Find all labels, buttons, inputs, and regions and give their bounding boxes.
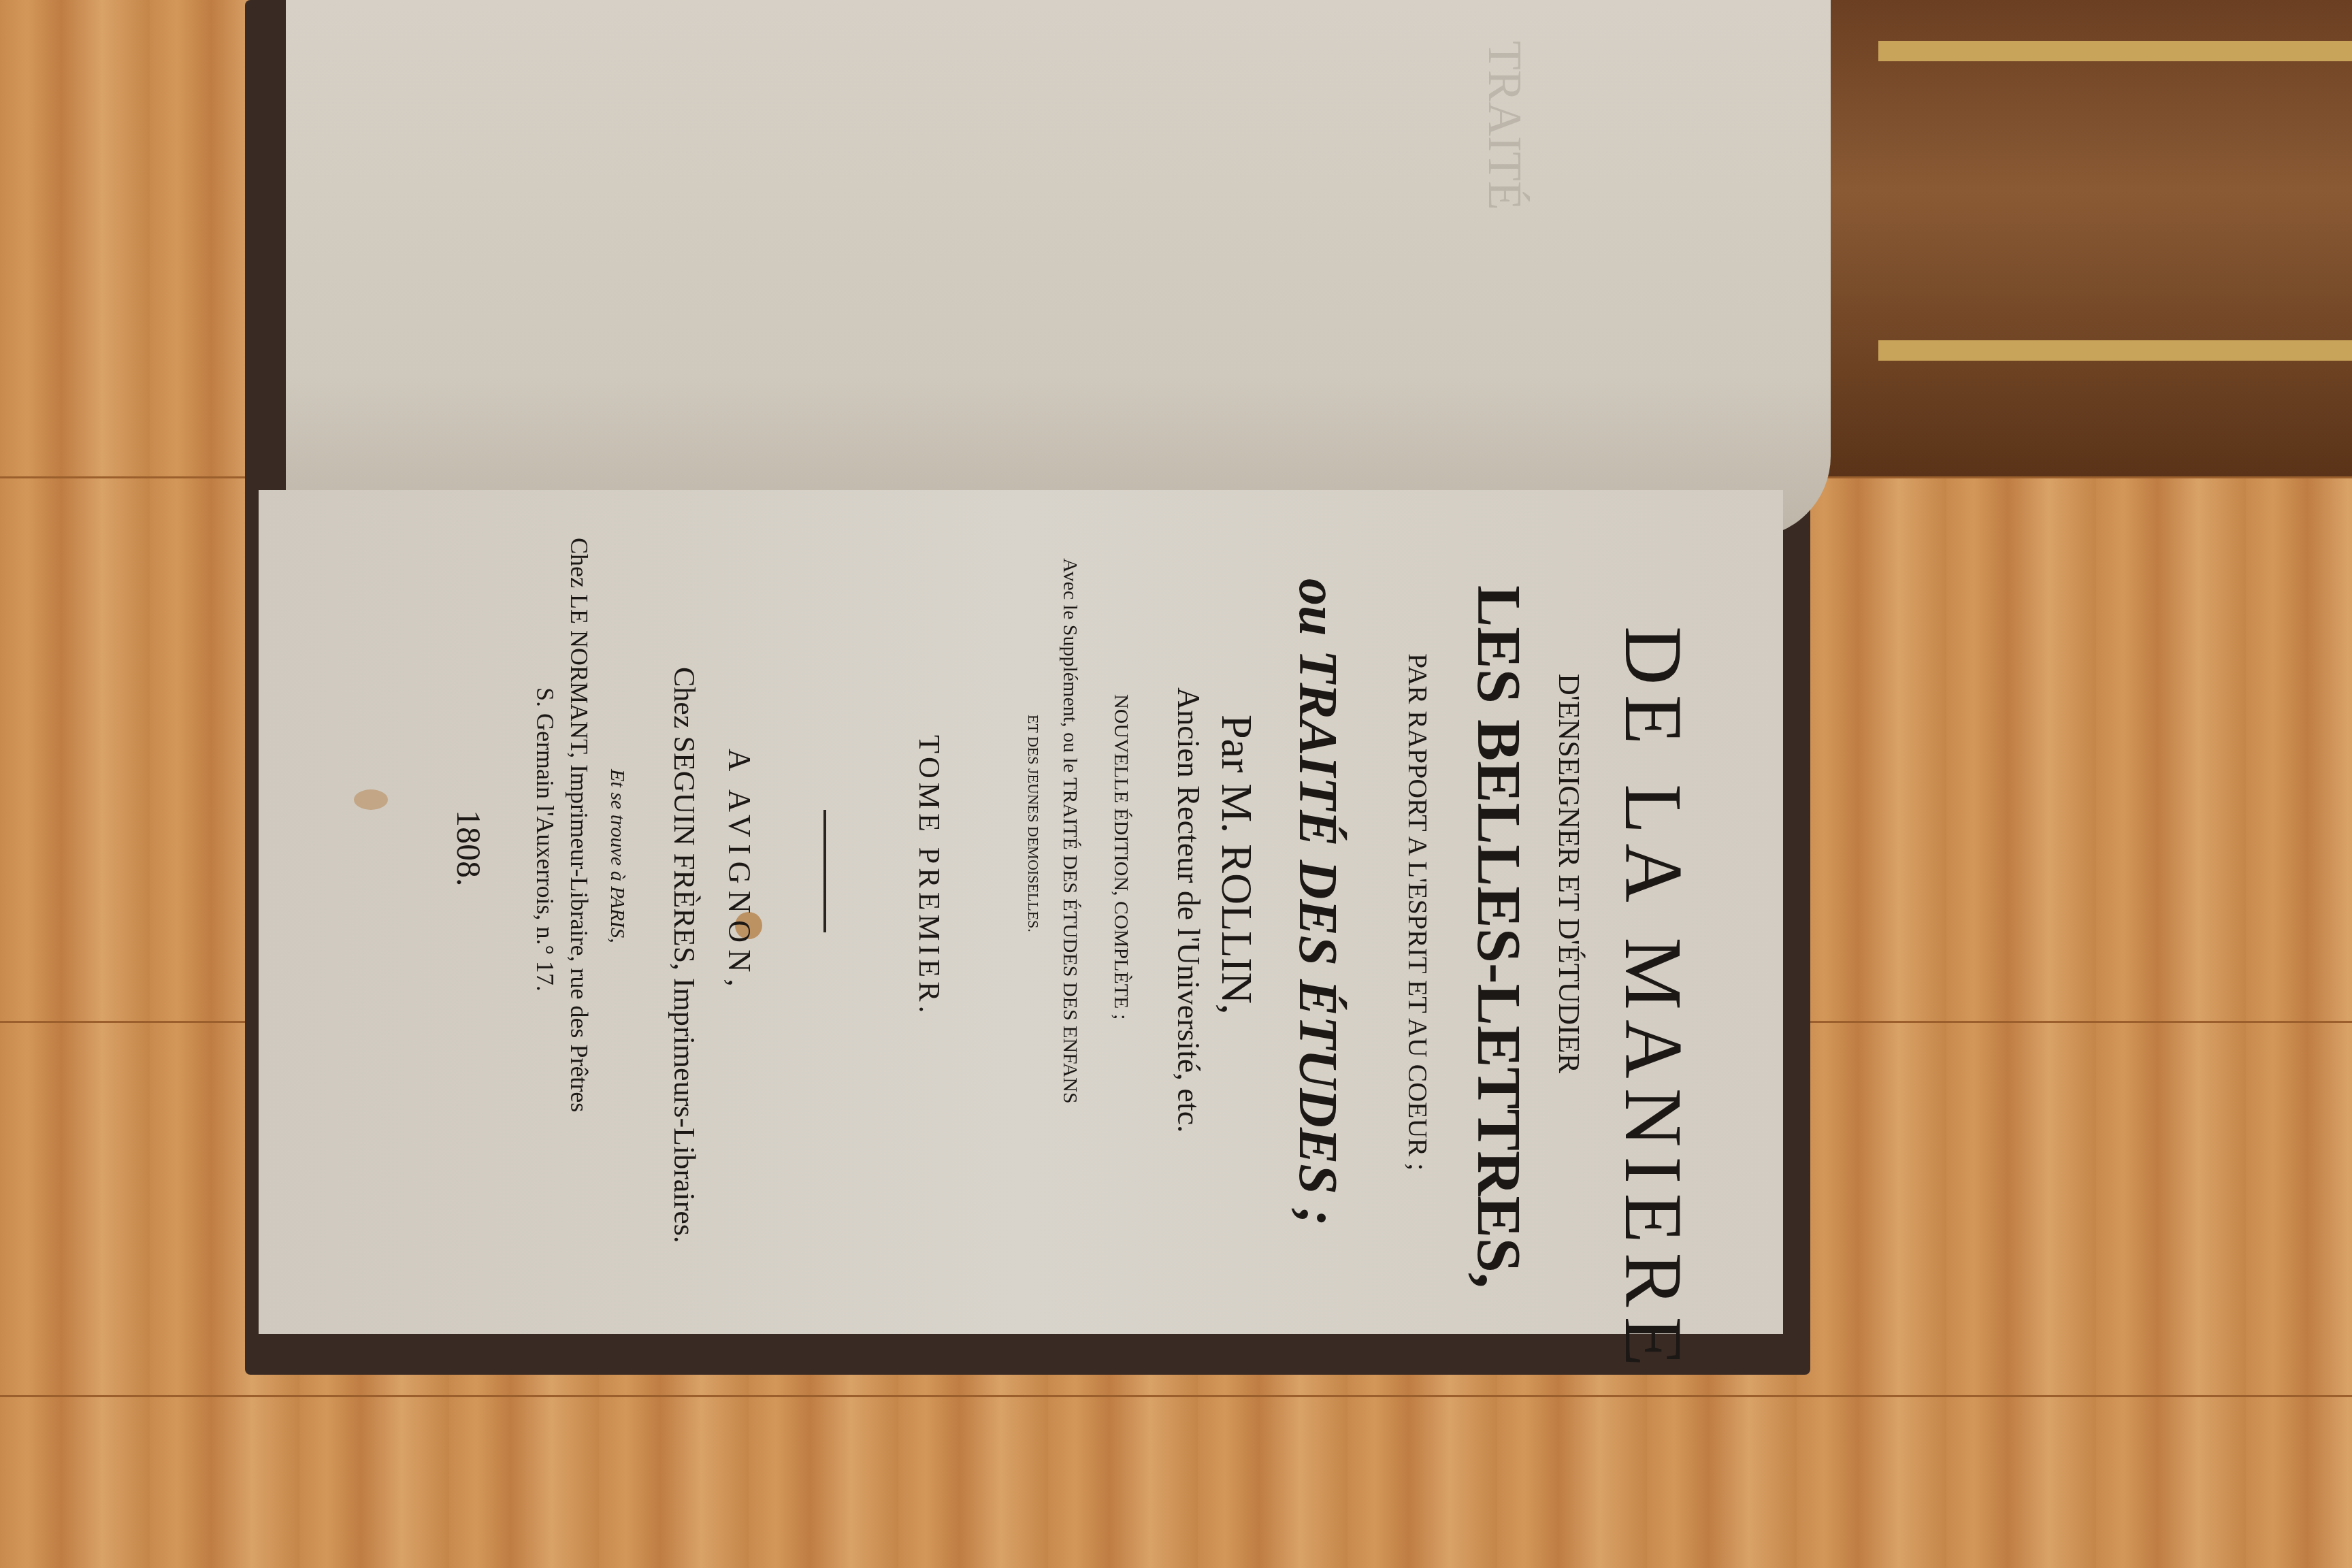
leather-books-stack: [1810, 0, 2352, 476]
gilt-band: [1878, 340, 2352, 361]
supplement-line1: Avec le Supplément, ou le TRAITÉ DES ÉTU…: [1058, 558, 1081, 1104]
imprint-paris-seller: Chez LE NORMANT, Imprimeur-Libraire, rue…: [565, 538, 593, 1112]
foxing-stain: [354, 789, 388, 810]
imprint-city: A AVIGNON,: [721, 749, 757, 994]
imprint-paris-address: S. Germain l'Auxerrois, n.° 17.: [531, 687, 559, 992]
volume: TOME PREMIER.: [912, 735, 947, 1017]
separator-rule: [823, 810, 826, 932]
imprint-publisher: Chez SEGUIN FRÈRES, Imprimeurs-Libraires…: [667, 667, 702, 1243]
title-rapport: PAR RAPPORT A L'ESPRIT ET AU COEUR ;: [1402, 653, 1434, 1171]
author-title: Ancien Recteur de l'Université, etc.: [1171, 687, 1207, 1133]
gilt-band: [1878, 41, 2352, 61]
imprint-year: 1808.: [449, 810, 489, 887]
edition-note: NOUVELLE ÉDITION, COMPLÈTE ;: [1109, 694, 1132, 1019]
title-subtitle: D'ENSEIGNER ET D'ÉTUDIER: [1552, 674, 1586, 1073]
imprint-also: Et se trouve à PARIS,: [606, 769, 629, 943]
show-through-text: TRAITÉ: [1477, 41, 1531, 210]
title-belles-lettres: LES BELLES-LETTRES,: [1463, 585, 1535, 1288]
title-main: DE LA MANIERE: [1606, 626, 1700, 1376]
floor-plank: [0, 1395, 2352, 1397]
author: Par M. ROLLIN,: [1211, 715, 1262, 1015]
title-traite: ou TRAITÉ DES ÉTUDES ;: [1286, 578, 1348, 1226]
facing-page: TRAITÉ: [286, 0, 1831, 538]
supplement-line2: ET DES JEUNES DEMOISELLES.: [1024, 715, 1042, 932]
